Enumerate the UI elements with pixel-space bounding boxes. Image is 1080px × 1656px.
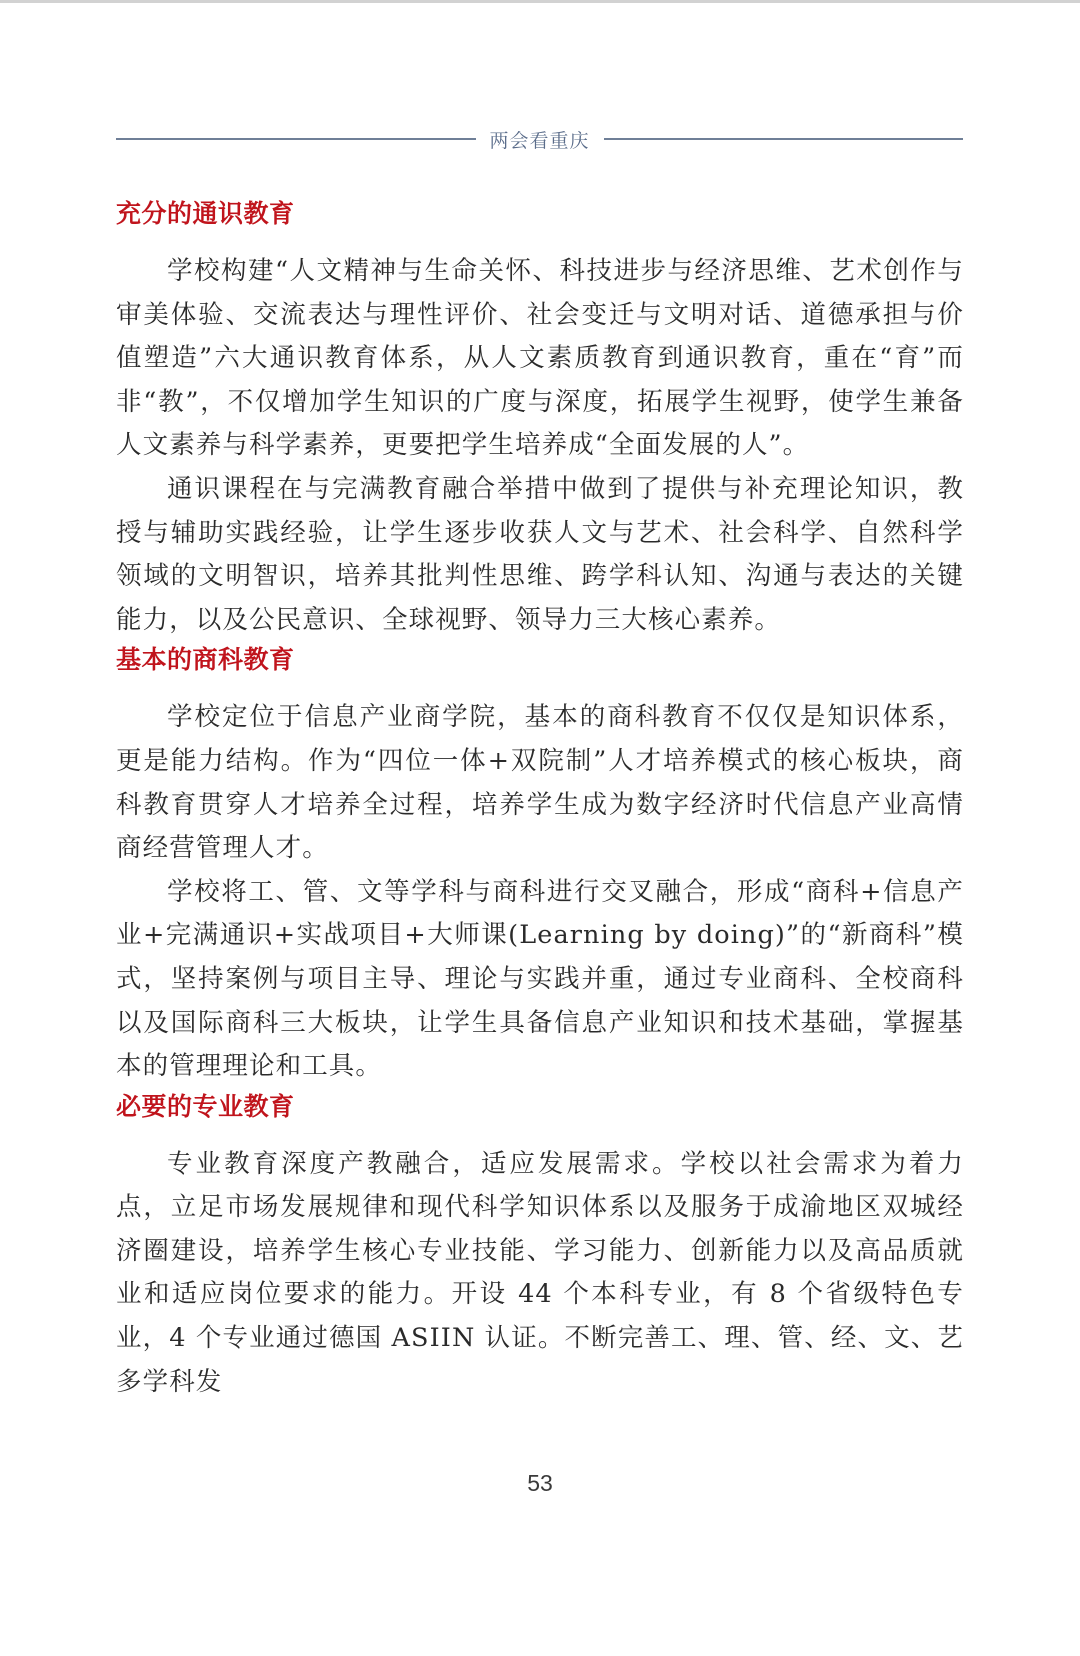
- section-body: 学校构建“人文精神与生命关怀、科技进步与经济思维、艺术创作与审美体验、交流表达与…: [116, 250, 964, 642]
- header-rule-right: [604, 138, 964, 140]
- section-heading: 基本的商科教育: [116, 642, 964, 678]
- paragraph: 专业教育深度产教融合，适应发展需求。学校以社会需求为着力点，立足市场发展规律和现…: [116, 1143, 964, 1405]
- running-title: 两会看重庆: [476, 126, 604, 153]
- section-business-education: 基本的商科教育 学校定位于信息产业商学院，基本的商科教育不仅仅是知识体系，更是能…: [116, 642, 964, 1088]
- section-body: 专业教育深度产教融合，适应发展需求。学校以社会需求为着力点，立足市场发展规律和现…: [116, 1143, 964, 1405]
- page-content: 充分的通识教育 学校构建“人文精神与生命关怀、科技进步与经济思维、艺术创作与审美…: [116, 196, 964, 1404]
- page-number: 53: [0, 1470, 1080, 1497]
- header-rule-left: [116, 138, 476, 140]
- section-general-education: 充分的通识教育 学校构建“人文精神与生命关怀、科技进步与经济思维、艺术创作与审美…: [116, 196, 964, 642]
- paragraph: 学校定位于信息产业商学院，基本的商科教育不仅仅是知识体系，更是能力结构。作为“四…: [116, 696, 964, 870]
- page-top-edge: [0, 0, 1080, 3]
- paragraph: 学校将工、管、文等学科与商科进行交叉融合，形成“商科+信息产业+完满通识+实战项…: [116, 871, 964, 1089]
- section-professional-education: 必要的专业教育 专业教育深度产教融合，适应发展需求。学校以社会需求为着力点，立足…: [116, 1089, 964, 1405]
- section-body: 学校定位于信息产业商学院，基本的商科教育不仅仅是知识体系，更是能力结构。作为“四…: [116, 696, 964, 1088]
- running-header: 两会看重庆: [116, 124, 963, 154]
- section-heading: 充分的通识教育: [116, 196, 964, 232]
- section-heading: 必要的专业教育: [116, 1089, 964, 1125]
- paragraph: 通识课程在与完满教育融合举措中做到了提供与补充理论知识，教授与辅助实践经验，让学…: [116, 468, 964, 642]
- paragraph: 学校构建“人文精神与生命关怀、科技进步与经济思维、艺术创作与审美体验、交流表达与…: [116, 250, 964, 468]
